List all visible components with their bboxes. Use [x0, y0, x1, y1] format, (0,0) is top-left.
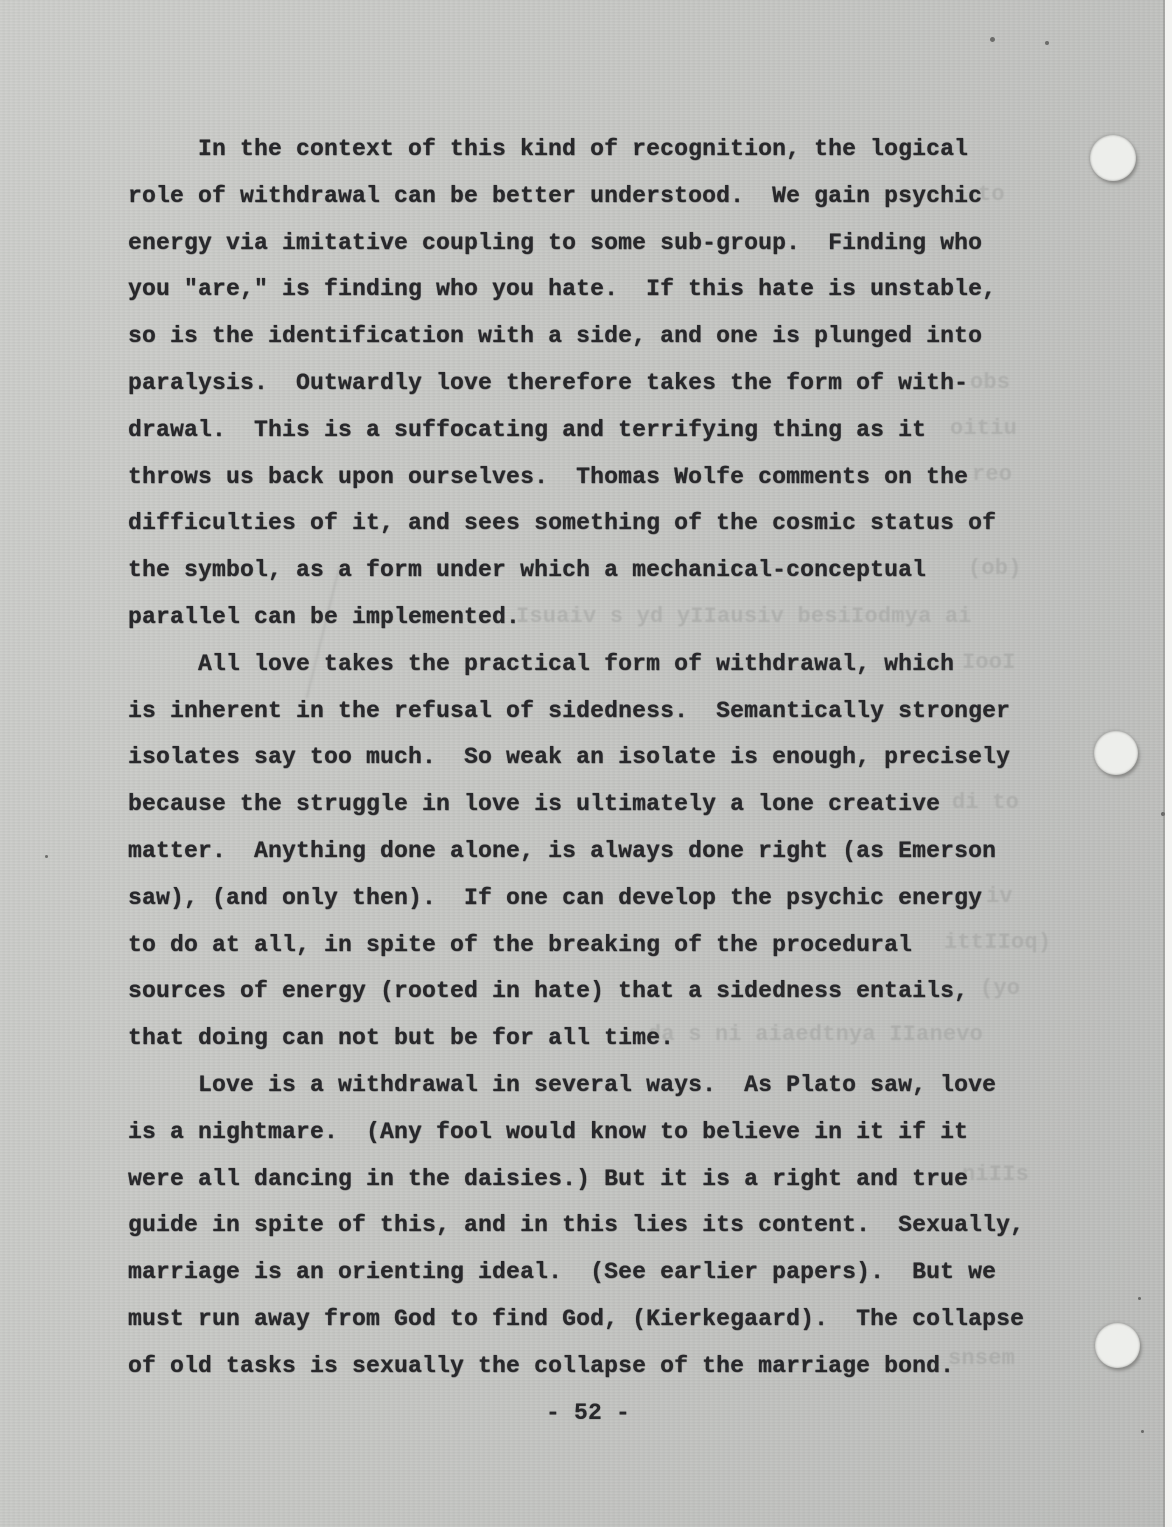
text-line: saw), (and only then). If one can develo…	[128, 875, 1172, 922]
text-line: All love takes the practical form of wit…	[128, 641, 1172, 688]
text-line: the symbol, as a form under which a mech…	[128, 547, 1172, 594]
ink-speck	[1045, 41, 1049, 45]
text-line: guide in spite of this, and in this lies…	[128, 1202, 1172, 1249]
text-line: difficulties of it, and sees something o…	[128, 500, 1172, 547]
text-line: because the struggle in love is ultimate…	[128, 781, 1172, 828]
text-line: were all dancing in the daisies.) But it…	[128, 1156, 1172, 1203]
scanned-document-page: toobsoitiureo(ob)Isuaiv s yd yIIausiv be…	[0, 0, 1172, 1527]
text-line: is a nightmare. (Any fool would know to …	[128, 1109, 1172, 1156]
text-line: so is the identification with a side, an…	[128, 313, 1172, 360]
text-line: energy via imitative coupling to some su…	[128, 220, 1172, 267]
typewritten-text-block: In the context of this kind of recogniti…	[0, 0, 1172, 1436]
text-line: of old tasks is sexually the collapse of…	[128, 1343, 1172, 1390]
text-line: must run away from God to find God, (Kie…	[128, 1296, 1172, 1343]
text-line: paralysis. Outwardly love therefore take…	[128, 360, 1172, 407]
page-number: - 52 -	[128, 1390, 1172, 1437]
text-line: you "are," is finding who you hate. If t…	[128, 266, 1172, 313]
punch-hole	[1094, 731, 1138, 775]
ink-speck	[1138, 1297, 1141, 1300]
paragraph: In the context of this kind of recogniti…	[128, 126, 1172, 641]
text-line: Love is a withdrawal in several ways. As…	[128, 1062, 1172, 1109]
scan-edge-white	[1165, 0, 1172, 1527]
text-line: sources of energy (rooted in hate) that …	[128, 968, 1172, 1015]
paragraph: All love takes the practical form of wit…	[128, 641, 1172, 1062]
text-line: drawal. This is a suffocating and terrif…	[128, 407, 1172, 454]
ink-speck	[990, 37, 995, 42]
text-line: marriage is an orienting ideal. (See ear…	[128, 1249, 1172, 1296]
text-line: to do at all, in spite of the breaking o…	[128, 922, 1172, 969]
text-line: is inherent in the refusal of sidedness.…	[128, 688, 1172, 735]
text-line: parallel can be implemented.	[128, 594, 1172, 641]
ink-speck	[1141, 1430, 1144, 1433]
punch-hole	[1090, 135, 1136, 181]
ink-speck	[45, 855, 48, 858]
text-line: matter. Anything done alone, is always d…	[128, 828, 1172, 875]
text-line: throws us back upon ourselves. Thomas Wo…	[128, 454, 1172, 501]
text-line: that doing can not but be for all time.	[128, 1015, 1172, 1062]
paragraph: Love is a withdrawal in several ways. As…	[128, 1062, 1172, 1390]
text-line: role of withdrawal can be better underst…	[128, 173, 1172, 220]
text-line: isolates say too much. So weak an isolat…	[128, 734, 1172, 781]
punch-hole	[1095, 1323, 1140, 1368]
text-line: In the context of this kind of recogniti…	[128, 126, 1172, 173]
